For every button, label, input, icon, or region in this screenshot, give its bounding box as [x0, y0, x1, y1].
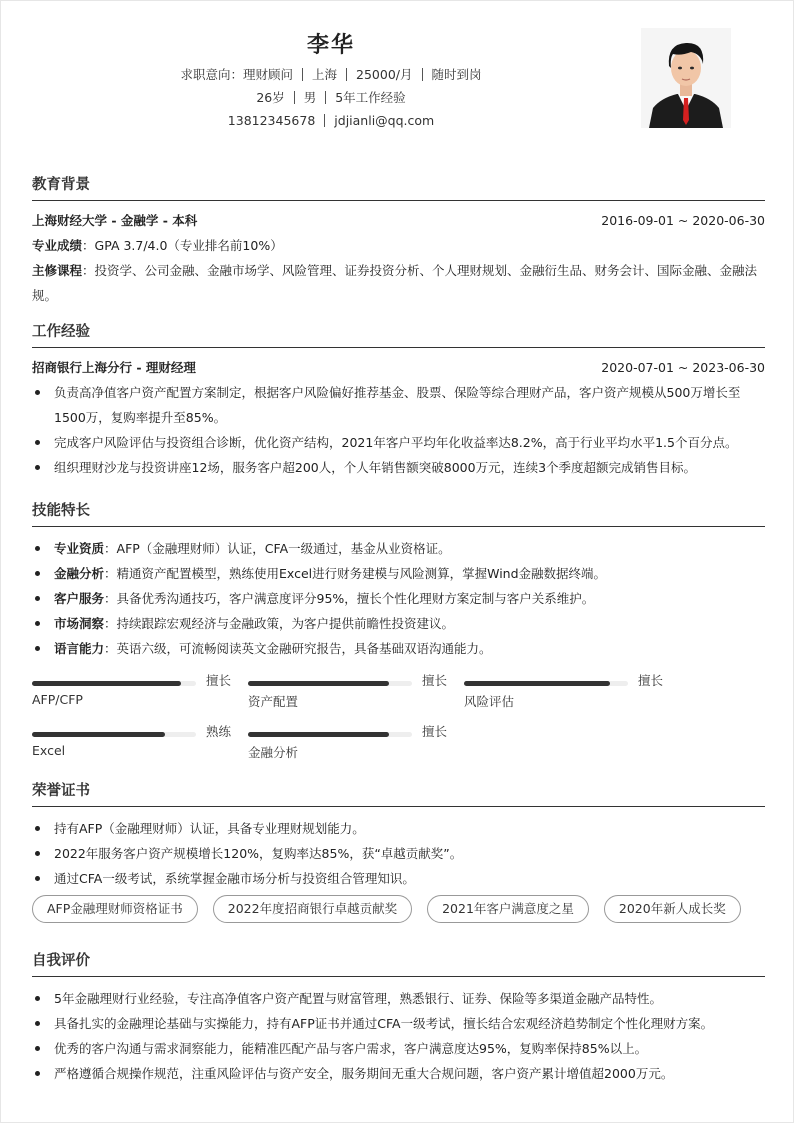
- skill-bar-risk-assessment: 擅长 风险评估: [464, 675, 664, 720]
- list-item: 市场洞察：持续跟踪宏观经济与金融政策，为客户提供前瞻性投资建议。: [32, 611, 765, 636]
- skill-name: Excel: [32, 743, 65, 758]
- list-item: 金融分析：精通资产配置模型，熟练使用Excel进行财务建模与风险测算，掌握Win…: [32, 561, 765, 586]
- certificate-tag: 2020年新人成长奖: [604, 895, 741, 923]
- salary: 25000/月: [356, 67, 412, 82]
- gpa-value: ：GPA 3.7/4.0（专业排名前10%）: [82, 238, 283, 253]
- work-entry: 招商银行上海分行 - 理财经理 2020-07-01 ~ 2023-06-30: [32, 356, 765, 380]
- skill-track: [32, 681, 196, 686]
- list-item: 语言能力：英语六级，可流畅阅读英文金融研究报告，具备基础双语沟通能力。: [32, 636, 765, 661]
- self-evaluation-section: 自我评价 5年金融理财行业经验，专注高净值客户资产配置与财富管理，熟悉银行、证券…: [32, 949, 765, 1086]
- skill-fill: [32, 681, 181, 686]
- skill-name: 风险评估: [464, 692, 514, 710]
- list-item: 通过CFA一级考试，系统掌握金融市场分析与投资组合管理知识。: [32, 866, 765, 891]
- certificate-tags: AFP金融理财师资格证书 2022年度招商银行卓越贡献奖 2021年客户满意度之…: [32, 895, 765, 923]
- skill-label: 专业资质: [54, 541, 104, 556]
- self-evaluation-bullets: 5年金融理财行业经验，专注高净值客户资产配置与财富管理，熟悉银行、证券、保险等多…: [32, 986, 765, 1086]
- divider: [324, 114, 325, 127]
- skill-name: 资产配置: [248, 692, 298, 710]
- courses-line: 主修课程：投资学、公司金融、金融市场学、风险管理、证券投资分析、个人理财规划、金…: [32, 258, 765, 308]
- skill-label: 客户服务: [54, 591, 104, 606]
- skill-text: ：英语六级，可流畅阅读英文金融研究报告，具备基础双语沟通能力。: [104, 641, 492, 656]
- skill-fill: [248, 681, 389, 686]
- candidate-name: 李华: [1, 29, 661, 63]
- section-divider: [32, 347, 765, 348]
- skill-fill: [464, 681, 610, 686]
- courses-label: 主修课程: [32, 263, 82, 278]
- list-item: 专业资质：AFP（金融理财师）认证，CFA一级通过，基金从业资格证。: [32, 536, 765, 561]
- skill-text: ：持续跟踪宏观经济与金融政策，为客户提供前瞻性投资建议。: [104, 616, 454, 631]
- list-item: 具备扎实的金融理论基础与实操能力，持有AFP证书并通过CFA一级考试，擅长结合宏…: [32, 1011, 765, 1036]
- skill-text: ：具备优秀沟通技巧，客户满意度评分95%，擅长个性化理财方案定制与客户关系维护。: [104, 591, 594, 606]
- gpa-line: 专业成绩：GPA 3.7/4.0（专业排名前10%）: [32, 233, 765, 258]
- work-bullets: 负责高净值客户资产配置方案制定，根据客户风险偏好推荐基金、股票、保险等综合理财产…: [32, 380, 765, 480]
- skill-name: AFP/CFP: [32, 692, 83, 707]
- skill-fill: [32, 732, 165, 737]
- list-item: 持有AFP（金融理财师）认证，具备专业理财规划能力。: [32, 816, 765, 841]
- section-divider: [32, 526, 765, 527]
- experience-years: 5年工作经验: [335, 90, 405, 105]
- skills-bullets: 专业资质：AFP（金融理财师）认证，CFA一级通过，基金从业资格证。 金融分析：…: [32, 536, 765, 661]
- courses-value: ：投资学、公司金融、金融市场学、风险管理、证券投资分析、个人理财规划、金融衍生品…: [32, 263, 757, 303]
- work-section: 工作经验 招商银行上海分行 - 理财经理 2020-07-01 ~ 2023-0…: [32, 320, 765, 480]
- skill-bar-excel: 熟练 Excel: [32, 726, 232, 771]
- list-item: 严格遵循合规操作规范，注重风险评估与资产安全，服务期间无重大合规问题，客户资产累…: [32, 1061, 765, 1086]
- list-item: 5年金融理财行业经验，专注高净值客户资产配置与财富管理，熟悉银行、证券、保险等多…: [32, 986, 765, 1011]
- age: 26岁: [256, 90, 284, 105]
- avatar: [641, 28, 731, 128]
- honors-section: 荣誉证书 持有AFP（金融理财师）认证，具备专业理财规划能力。 2022年服务客…: [32, 779, 765, 923]
- section-title-work: 工作经验: [32, 320, 765, 344]
- personal-info-line: 26岁男5年工作经验: [1, 86, 661, 109]
- list-item: 客户服务：具备优秀沟通技巧，客户满意度评分95%，擅长个性化理财方案定制与客户关…: [32, 586, 765, 611]
- section-divider: [32, 806, 765, 807]
- list-item: 优秀的客户沟通与需求洞察能力，能精准匹配产品与客户需求，客户满意度达95%，复购…: [32, 1036, 765, 1061]
- section-divider: [32, 200, 765, 201]
- section-title-education: 教育背景: [32, 173, 765, 197]
- skill-level: 擅长: [206, 671, 231, 689]
- skill-level: 擅长: [638, 671, 663, 689]
- divider: [422, 68, 423, 81]
- company-position: 招商银行上海分行 - 理财经理: [32, 356, 196, 380]
- school-degree: 上海财经大学 - 金融学 - 本科: [32, 209, 197, 233]
- certificate-tag: 2022年度招商银行卓越贡献奖: [213, 895, 412, 923]
- skill-label: 语言能力: [54, 641, 104, 656]
- divider: [294, 91, 295, 104]
- skill-track: [248, 732, 412, 737]
- skill-track: [464, 681, 628, 686]
- education-section: 教育背景 上海财经大学 - 金融学 - 本科 2016-09-01 ~ 2020…: [32, 173, 765, 308]
- work-dates: 2020-07-01 ~ 2023-06-30: [601, 356, 765, 380]
- list-item: 完成客户风险评估与投资组合诊断，优化资产结构，2021年客户平均年化收益率达8.…: [32, 430, 765, 455]
- gpa-label: 专业成绩: [32, 238, 82, 253]
- certificate-tag: 2021年客户满意度之星: [427, 895, 589, 923]
- skill-label: 金融分析: [54, 566, 104, 581]
- skill-track: [248, 681, 412, 686]
- section-divider: [32, 976, 765, 977]
- list-item: 2022年服务客户资产规模增长120%，复购率达85%，获“卓越贡献奖”。: [32, 841, 765, 866]
- skill-fill: [248, 732, 389, 737]
- skill-name: 金融分析: [248, 743, 298, 761]
- job-intent-line: 求职意向：理财顾问上海25000/月随时到岗: [1, 63, 661, 86]
- resume-header: 李华 求职意向：理财顾问上海25000/月随时到岗 26岁男5年工作经验 138…: [1, 29, 661, 132]
- resume-page: 李华 求职意向：理财顾问上海25000/月随时到岗 26岁男5年工作经验 138…: [0, 0, 794, 1123]
- gender: 男: [304, 90, 317, 105]
- divider: [325, 91, 326, 104]
- skill-level: 擅长: [422, 671, 447, 689]
- availability: 随时到岗: [432, 67, 482, 82]
- skills-section: 技能特长 专业资质：AFP（金融理财师）认证，CFA一级通过，基金从业资格证。 …: [32, 499, 765, 661]
- skill-text: ：精通资产配置模型，熟练使用Excel进行财务建模与风险测算，掌握Wind金融数…: [104, 566, 606, 581]
- contact-line: 13812345678jdjianli@qq.com: [1, 109, 661, 132]
- avatar-portrait-icon: [641, 28, 731, 128]
- phone: 13812345678: [228, 113, 315, 128]
- honors-bullets: 持有AFP（金融理财师）认证，具备专业理财规划能力。 2022年服务客户资产规模…: [32, 816, 765, 891]
- skill-text: ：AFP（金融理财师）认证，CFA一级通过，基金从业资格证。: [104, 541, 451, 556]
- skill-level: 熟练: [206, 722, 231, 740]
- list-item: 组织理财沙龙与投资讲座12场，服务客户超200人，个人年销售额突破8000万元，…: [32, 455, 765, 480]
- education-dates: 2016-09-01 ~ 2020-06-30: [601, 209, 765, 233]
- section-title-honors: 荣誉证书: [32, 779, 765, 803]
- email: jdjianli@qq.com: [334, 113, 434, 128]
- job-intent: 求职意向：理财顾问: [180, 67, 293, 82]
- list-item: 负责高净值客户资产配置方案制定，根据客户风险偏好推荐基金、股票、保险等综合理财产…: [32, 380, 765, 430]
- divider: [346, 68, 347, 81]
- skill-label: 市场洞察: [54, 616, 104, 631]
- section-title-self-evaluation: 自我评价: [32, 949, 765, 973]
- skill-level: 擅长: [422, 722, 447, 740]
- education-entry: 上海财经大学 - 金融学 - 本科 2016-09-01 ~ 2020-06-3…: [32, 209, 765, 233]
- location: 上海: [312, 67, 337, 82]
- skill-track: [32, 732, 196, 737]
- skill-bar-asset-allocation: 擅长 资产配置: [248, 675, 448, 720]
- skill-bar-financial-analysis: 擅长 金融分析: [248, 726, 448, 771]
- certificate-tag: AFP金融理财师资格证书: [32, 895, 198, 923]
- skill-bar-afp-cfp: 擅长 AFP/CFP: [32, 675, 232, 720]
- section-title-skills: 技能特长: [32, 499, 765, 523]
- divider: [302, 68, 303, 81]
